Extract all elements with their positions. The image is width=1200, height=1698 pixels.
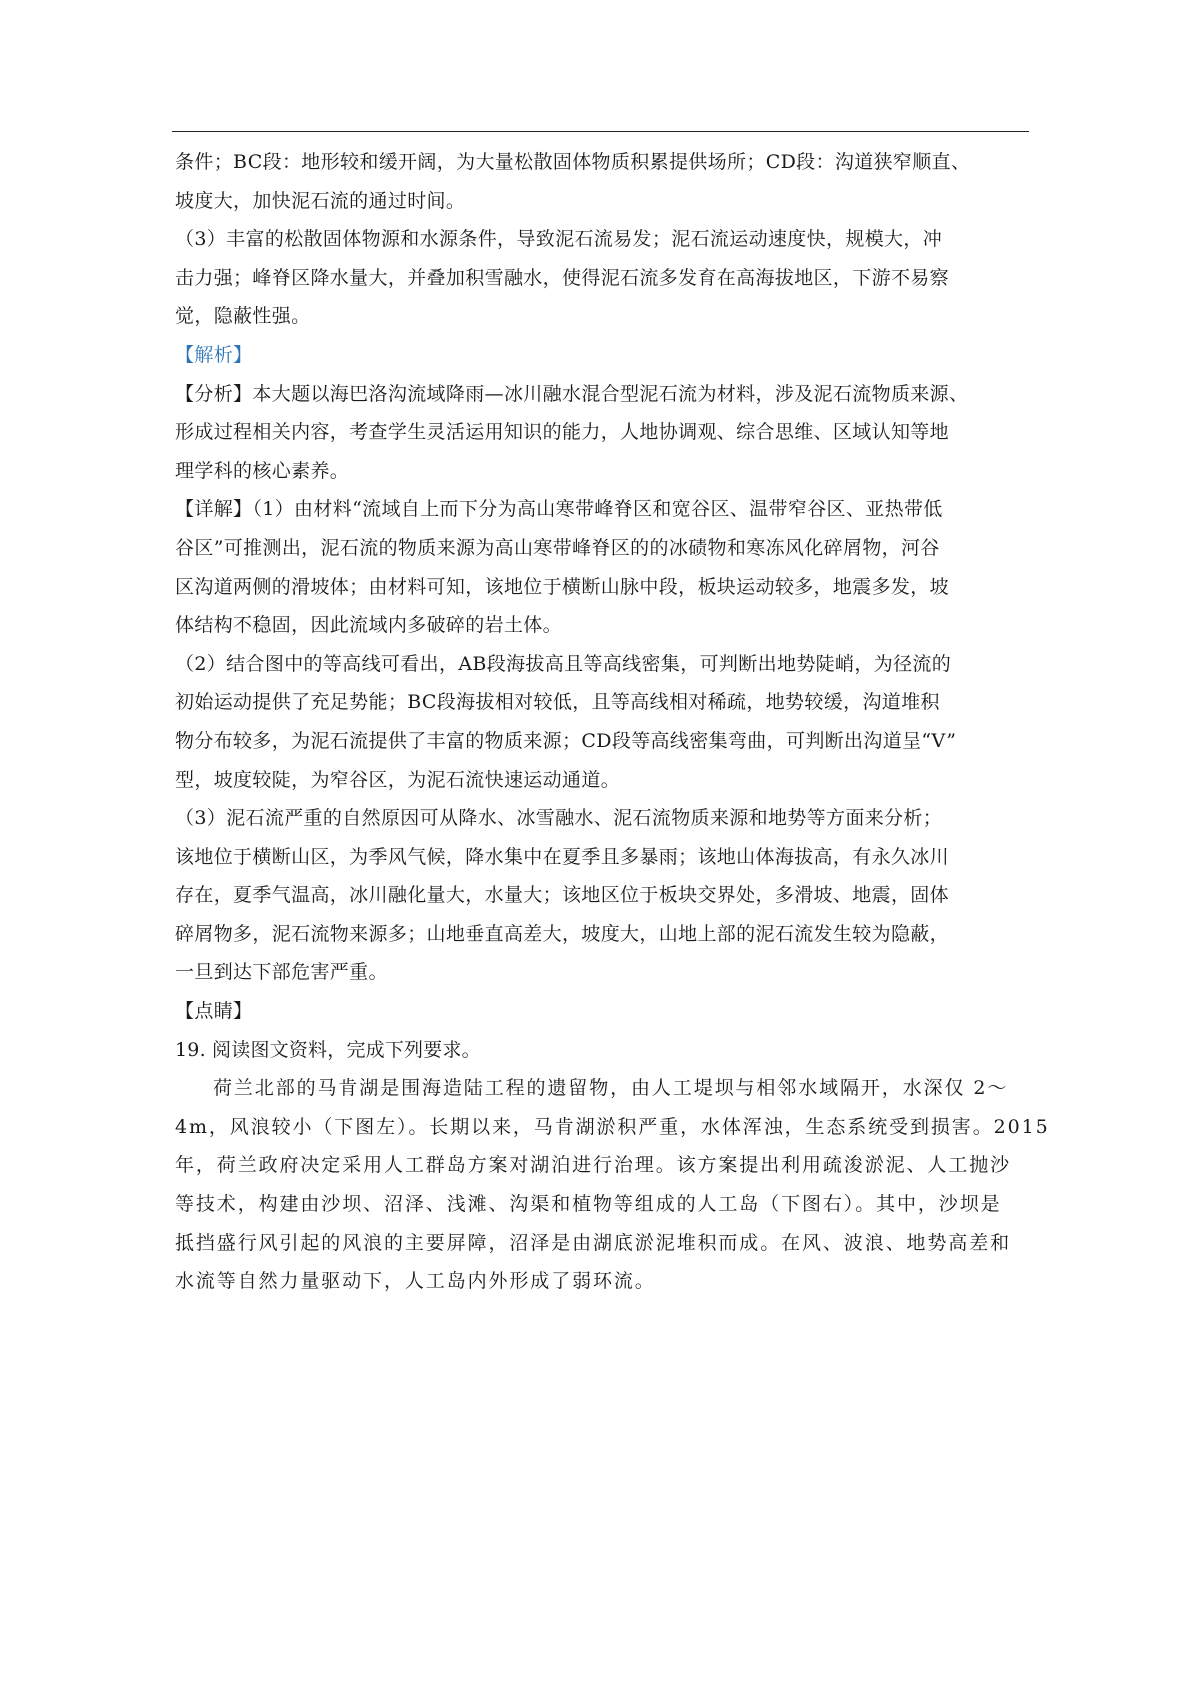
header-rule xyxy=(172,131,1029,132)
text-line: 型，坡度较陡，为窄谷区，为泥石流快速运动通道。 xyxy=(175,761,1027,800)
question-19: 19. 阅读图文资料，完成下列要求。 荷兰北部的马肯湖是围海造陆工程的遗留物，由… xyxy=(175,1031,1027,1301)
text-line: 形成过程相关内容，考查学生灵活运用知识的能力，人地协调观、综合思维、区域认知等地 xyxy=(175,413,1027,452)
page-content: 条件；BC段：地形较和缓开阔，为大量松散固体物质积累提供场所；CD段：沟道狭窄顺… xyxy=(175,143,1027,1301)
text-line: 坡度大，加快泥石流的通过时间。 xyxy=(175,182,1027,221)
material-line: 抵挡盛行风引起的风浪的主要屏障，沼泽是由湖底淤泥堆积而成。在风、波浪、地势高差和 xyxy=(175,1224,1027,1263)
material-line: 荷兰北部的马肯湖是围海造陆工程的遗留物，由人工堤坝与相邻水域隔开，水深仅 2～ xyxy=(175,1069,1027,1108)
detail-section-2: （2）结合图中的等高线可看出，AB段海拔高且等高线密集，可判断出地势陡峭，为径流… xyxy=(175,645,1027,799)
text-line: 觉，隐蔽性强。 xyxy=(175,297,1027,336)
text-line: 击力强；峰脊区降水量大，并叠加积雪融水，使得泥石流多发育在高海拔地区，下游不易察 xyxy=(175,259,1027,298)
text-line: 碎屑物多，泥石流物来源多；山地垂直高差大，坡度大，山地上部的泥石流发生较为隐蔽， xyxy=(175,915,1027,954)
text-line: 【分析】本大题以海巴洛沟流域降雨—冰川融水混合型泥石流为材料，涉及泥石流物质来源… xyxy=(175,375,1027,414)
analysis-section: 【分析】本大题以海巴洛沟流域降雨—冰川融水混合型泥石流为材料，涉及泥石流物质来源… xyxy=(175,375,1027,491)
detail-section-1: 【详解】（1）由材料“流域自上而下分为高山寒带峰脊区和宽谷区、温带窄谷区、亚热带… xyxy=(175,490,1027,644)
text-line: 理学科的核心素养。 xyxy=(175,452,1027,491)
detail-section-3: （3）泥石流严重的自然原因可从降水、冰雪融水、泥石流物质来源和地势等方面来分析；… xyxy=(175,799,1027,992)
analysis-label: 【解析】 xyxy=(175,336,1027,375)
material-line: 水流等自然力量驱动下，人工岛内外形成了弱环流。 xyxy=(175,1262,1027,1301)
answer-continued: 条件；BC段：地形较和缓开阔，为大量松散固体物质积累提供场所；CD段：沟道狭窄顺… xyxy=(175,143,1027,220)
text-line: 谷区”可推测出，泥石流的物质来源为高山寒带峰脊区的的冰碛物和寒冻风化碎屑物，河谷 xyxy=(175,529,1027,568)
text-line: 【详解】（1）由材料“流域自上而下分为高山寒带峰脊区和宽谷区、温带窄谷区、亚热带… xyxy=(175,490,1027,529)
text-line: （3）丰富的松散固体物源和水源条件，导致泥石流易发；泥石流运动速度快，规模大，冲 xyxy=(175,220,1027,259)
question-prompt: 19. 阅读图文资料，完成下列要求。 xyxy=(175,1031,1027,1070)
text-line: 该地位于横断山区，为季风气候，降水集中在夏季且多暴雨；该地山体海拔高，有永久冰川 xyxy=(175,838,1027,877)
answer-part-3: （3）丰富的松散固体物源和水源条件，导致泥石流易发；泥石流运动速度快，规模大，冲… xyxy=(175,220,1027,336)
text-line: 物分布较多，为泥石流提供了丰富的物质来源；CD段等高线密集弯曲，可判断出沟道呈“… xyxy=(175,722,1027,761)
highlight-label: 【点睛】 xyxy=(175,992,1027,1031)
material-line: 年，荷兰政府决定采用人工群岛方案对湖泊进行治理。该方案提出利用疏浚淤泥、人工抛沙 xyxy=(175,1146,1027,1185)
text-line: 区沟道两侧的滑坡体；由材料可知，该地位于横断山脉中段，板块运动较多，地震多发，坡 xyxy=(175,568,1027,607)
material-line: 等技术，构建由沙坝、沼泽、浅滩、沟渠和植物等组成的人工岛（下图右）。其中，沙坝是 xyxy=(175,1185,1027,1224)
material-line: 4m，风浪较小（下图左）。长期以来，马肯湖淤积严重，水体浑浊，生态系统受到损害。… xyxy=(175,1108,1027,1147)
text-line: （2）结合图中的等高线可看出，AB段海拔高且等高线密集，可判断出地势陡峭，为径流… xyxy=(175,645,1027,684)
text-line: 存在，夏季气温高，冰川融化量大，水量大；该地区位于板块交界处，多滑坡、地震，固体 xyxy=(175,876,1027,915)
text-line: 一旦到达下部危害严重。 xyxy=(175,953,1027,992)
text-line: 条件；BC段：地形较和缓开阔，为大量松散固体物质积累提供场所；CD段：沟道狭窄顺… xyxy=(175,143,1027,182)
text-line: 初始运动提供了充足势能；BC段海拔相对较低，且等高线相对稀疏，地势较缓，沟道堆积 xyxy=(175,683,1027,722)
text-line: 体结构不稳固，因此流域内多破碎的岩土体。 xyxy=(175,606,1027,645)
text-line: （3）泥石流严重的自然原因可从降水、冰雪融水、泥石流物质来源和地势等方面来分析； xyxy=(175,799,1027,838)
